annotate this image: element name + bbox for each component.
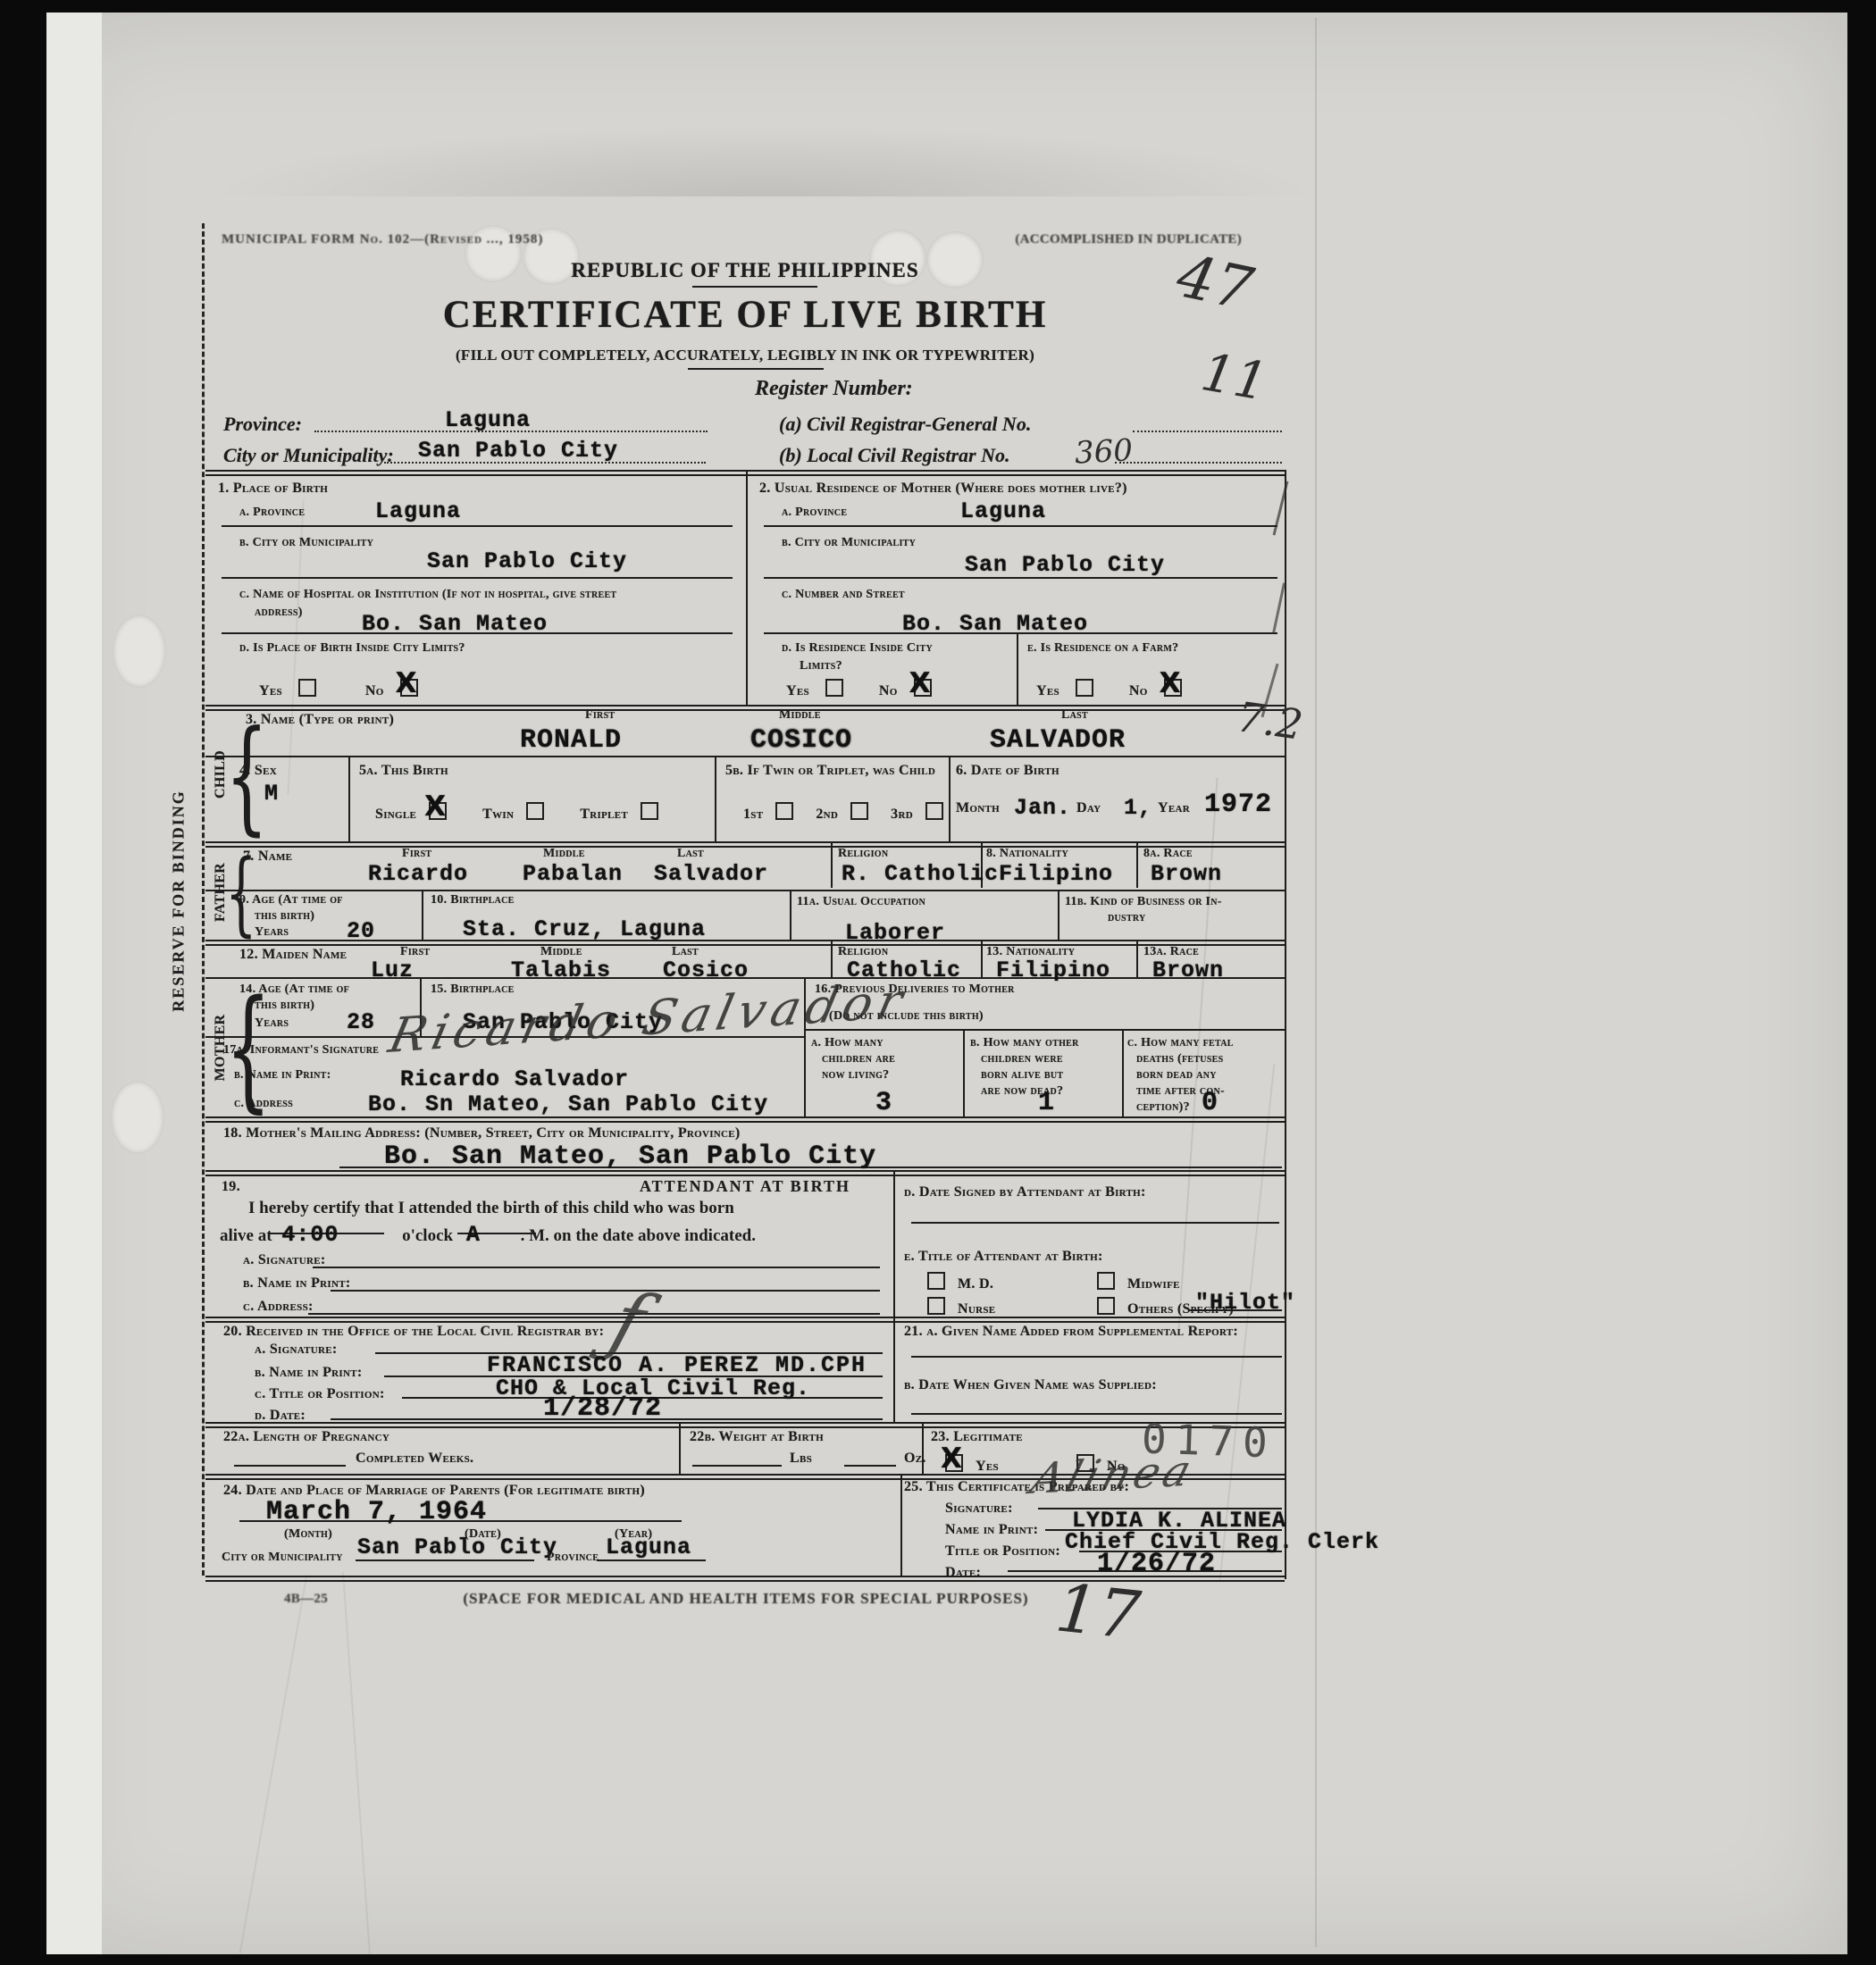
mother-age-label2: this birth) xyxy=(255,999,314,1013)
attendant-name-label: b. Name in Print: xyxy=(243,1275,351,1292)
informant-signature-label: 17a. Informant's Signature xyxy=(223,1043,379,1058)
rule xyxy=(205,470,1285,476)
weight-label: 22b. Weight at Birth xyxy=(690,1429,824,1445)
rule xyxy=(422,890,423,941)
father-business-label2: dustry xyxy=(1108,911,1146,925)
rule xyxy=(1115,460,1282,464)
prepared-signature-label: Signature: xyxy=(945,1501,1013,1517)
informant-name-value: Ricardo Salvador xyxy=(400,1066,629,1092)
rule xyxy=(205,756,1285,757)
rule xyxy=(790,890,791,941)
child-middle-name: COSICO xyxy=(750,725,852,756)
res-limits-label2: Limits? xyxy=(800,659,842,673)
checkbox-1st xyxy=(775,802,793,820)
yes-label: Yes xyxy=(1036,683,1059,698)
res-limits-answer: YesNoX xyxy=(786,679,932,699)
supplemental-date-label: b. Date When Given Name was Supplied: xyxy=(904,1377,1157,1393)
civil-registrar-general-label: (a) Civil Registrar-General No. xyxy=(779,413,1031,436)
rule xyxy=(348,757,350,843)
rule xyxy=(205,841,1285,848)
rule xyxy=(981,941,983,977)
province-value: Laguna xyxy=(445,407,531,433)
rule xyxy=(1058,890,1059,941)
years-label: Years xyxy=(255,1016,289,1031)
paper-seam xyxy=(1315,18,1317,1947)
last-label: Last xyxy=(677,847,704,861)
certify-tail: . M. on the date above indicated. xyxy=(521,1226,756,1245)
footer-note: (SPACE FOR MEDICAL AND HEALTH ITEMS FOR … xyxy=(375,1590,1117,1608)
dob-year-value: 1972 xyxy=(1204,790,1272,820)
prepared-signature-script: Alinea xyxy=(1026,1446,1200,1504)
twin-order-options: 1st2nd3rd xyxy=(743,802,943,823)
rule xyxy=(715,757,716,843)
rule xyxy=(205,705,1285,711)
single-label: Single xyxy=(375,807,416,822)
checkbox-2nd xyxy=(850,802,868,820)
dob-label: 6. Date of Birth xyxy=(956,763,1059,779)
rule xyxy=(831,843,833,888)
marriage-city-value: San Pablo City xyxy=(357,1534,557,1560)
rule xyxy=(1285,470,1286,1579)
rule xyxy=(234,1465,346,1467)
third-order-label: 3rd xyxy=(891,807,913,822)
dead-label-3: born alive but xyxy=(981,1068,1063,1083)
birth-time-value: 4:00 xyxy=(281,1222,339,1248)
legitimate-yes-option: XYes xyxy=(945,1454,999,1475)
rule xyxy=(692,1465,782,1467)
pregnancy-label: 22a. Length of Pregnancy xyxy=(223,1429,389,1445)
mother-age-value: 28 xyxy=(347,1009,375,1035)
rule xyxy=(1136,941,1138,977)
fetal-label-5: ception)? xyxy=(1136,1100,1190,1115)
yes-label: Yes xyxy=(976,1459,999,1474)
mailing-address-label: 18. Mother's Mailing Address: (Number, S… xyxy=(223,1125,741,1141)
no-label: No xyxy=(365,683,384,698)
rule xyxy=(205,1317,1285,1323)
rule xyxy=(900,1476,902,1577)
pob-city-label: b. City or Municipality xyxy=(239,536,373,550)
middle-label: Middle xyxy=(779,708,821,723)
no-label: No xyxy=(879,683,898,698)
father-religion-label: Religion xyxy=(838,847,888,861)
dob-month-label: Month xyxy=(956,800,1000,816)
attendant-midwife-option: Midwife xyxy=(1097,1272,1180,1292)
x-mark: X xyxy=(424,790,446,823)
dead-label-2: children were xyxy=(981,1052,1063,1066)
city-municipality-value: San Pablo City xyxy=(418,438,618,464)
rule xyxy=(911,1356,1282,1358)
birth-ampm-value: A xyxy=(466,1222,481,1248)
province-label: Province: xyxy=(223,413,302,436)
x-mark: X xyxy=(909,667,931,699)
marriage-province-value: Laguna xyxy=(606,1534,691,1560)
x-mark: X xyxy=(396,667,417,699)
checkbox-no-checked: X xyxy=(914,679,932,697)
rule xyxy=(746,472,748,707)
rule xyxy=(1136,843,1138,888)
prepared-title-label: Title or Position: xyxy=(945,1543,1060,1559)
res-limits-label: d. Is Residence Inside City xyxy=(782,641,933,656)
checkbox-yes xyxy=(1076,679,1093,697)
pob-limits-answer: YesNoX xyxy=(259,679,418,699)
rule xyxy=(1122,1029,1124,1118)
checkbox-yes xyxy=(825,679,843,697)
md-label: M. D. xyxy=(958,1276,993,1292)
dead-value: 1 xyxy=(1038,1088,1055,1118)
pob-city-value: San Pablo City xyxy=(427,548,627,574)
father-birthplace-label: 10. Birthplace xyxy=(431,893,515,907)
dob-day-label: Day xyxy=(1076,800,1101,816)
lbs-label: Lbs xyxy=(790,1451,812,1467)
prepared-date-label: Date: xyxy=(945,1565,981,1581)
father-nationality-label: 8. Nationality xyxy=(986,847,1068,861)
republic-heading: REPUBLIC OF THE PHILIPPINES xyxy=(205,259,1285,282)
res-farm-label: e. Is Residence on a Farm? xyxy=(1027,641,1178,656)
yes-label: Yes xyxy=(259,683,282,698)
certify-line-2: alive at 4:00 o'clock A . M. on the date… xyxy=(220,1222,756,1248)
rule xyxy=(313,1267,880,1268)
checkbox-twin xyxy=(526,802,544,820)
footer-code: 4B—25 xyxy=(284,1592,328,1607)
rule xyxy=(844,1465,896,1467)
rule xyxy=(308,1313,880,1315)
attendant-address-label: c. Address: xyxy=(243,1299,314,1315)
res-street-label: c. Number and Street xyxy=(782,588,905,602)
father-first-name: Ricardo xyxy=(368,861,468,887)
marriage-province-label: Province xyxy=(547,1551,599,1565)
rule xyxy=(911,1413,1282,1415)
fetal-value: 0 xyxy=(1202,1088,1219,1118)
middle-label: Middle xyxy=(543,847,585,861)
pob-hospital-value: Bo. San Mateo xyxy=(362,611,548,637)
this-birth-options: SingleXTwinTriplet xyxy=(375,802,658,823)
checkbox-triplet xyxy=(641,802,658,820)
attendant-md-option: M. D. xyxy=(927,1272,993,1292)
fold-shadow xyxy=(205,125,1322,196)
second-order-label: 2nd xyxy=(816,807,838,822)
marriage-city-label: City or Municipality xyxy=(222,1551,343,1565)
res-farm-answer: YesNoX xyxy=(1036,679,1182,699)
father-business-label: 11b. Kind of Business or In- xyxy=(1065,895,1222,909)
prepared-name-label: Name in Print: xyxy=(945,1522,1038,1538)
rule xyxy=(949,757,951,843)
page-title: CERTIFICATE OF LIVE BIRTH xyxy=(205,293,1285,337)
local-civil-registrar-label: (b) Local Civil Registrar No. xyxy=(779,444,1009,467)
rule xyxy=(202,223,207,1576)
checkbox-md xyxy=(927,1272,945,1290)
res-province-value: Laguna xyxy=(960,498,1046,524)
child-name-label: 3. Name (Type or print) xyxy=(246,712,394,728)
mother-race-value: Brown xyxy=(1152,957,1224,983)
fill-out-instruction: (FILL OUT COMPLETELY, ACCURATELY, LEGIBL… xyxy=(205,347,1285,364)
father-age-value: 20 xyxy=(347,918,375,944)
father-occupation-label: 11a. Usual Occupation xyxy=(797,895,925,909)
mother-first-name: Luz xyxy=(371,957,414,983)
father-occupation-value: Laborer xyxy=(845,920,945,946)
living-label-1: a. How many xyxy=(811,1036,884,1050)
father-name-label: 7. Name xyxy=(243,849,292,865)
checkbox-nurse xyxy=(927,1297,945,1315)
certify-line-1: I hereby certify that I attended the bir… xyxy=(248,1199,734,1218)
rule xyxy=(911,1222,1279,1224)
first-label: First xyxy=(585,708,615,723)
month-sublabel: (Month) xyxy=(284,1527,332,1542)
rule xyxy=(1133,429,1282,432)
local-registrar-number-handwritten: 360 xyxy=(1074,432,1134,471)
form-number: MUNICIPAL FORM No. 102—(Revised ..., 195… xyxy=(222,232,543,247)
rule xyxy=(688,368,824,370)
received-name-value: FRANCISCO A. PEREZ MD.CPH xyxy=(487,1352,867,1378)
no-label: No xyxy=(1129,683,1148,698)
rule xyxy=(764,525,1277,527)
rule xyxy=(331,1290,880,1292)
received-title-label: c. Title or Position: xyxy=(255,1386,385,1402)
mother-age-label: 14. Age (At time of xyxy=(239,982,349,997)
checkbox-single-checked: X xyxy=(429,802,447,820)
rule xyxy=(963,1029,965,1118)
checkbox-legitimate-yes-checked: X xyxy=(945,1454,963,1472)
rule xyxy=(692,286,817,288)
x-mark: X xyxy=(941,1442,962,1475)
child-first-name: RONALD xyxy=(520,725,622,756)
triplet-label: Triplet xyxy=(580,807,628,822)
paper-left-strip xyxy=(46,13,102,1954)
fetal-label-3: born dead any xyxy=(1136,1068,1217,1083)
checkbox-others xyxy=(1097,1297,1115,1315)
x-mark: X xyxy=(1160,667,1181,699)
attendant-others-value: "Hilot" xyxy=(1195,1290,1295,1316)
father-birthplace-value: Sta. Cruz, Laguna xyxy=(463,916,706,942)
informant-address-value: Bo. Sn Mateo, San Pablo City xyxy=(368,1091,768,1117)
first-label: First xyxy=(402,847,431,861)
living-value: 3 xyxy=(875,1088,892,1118)
supplemental-given-label: 21. a. Given Name Added from Supplementa… xyxy=(904,1324,1238,1340)
midwife-label: Midwife xyxy=(1127,1276,1180,1292)
rule xyxy=(222,577,733,579)
pob-hospital-label2: address) xyxy=(255,606,303,620)
attendant-nurse-option: Nurse xyxy=(927,1297,995,1317)
pob-province-label: a. Province xyxy=(239,506,305,520)
father-age-label2: this birth) xyxy=(255,909,314,924)
mother-last-name: Cosico xyxy=(663,957,749,983)
father-middle-name: Pabalan xyxy=(523,861,623,887)
marriage-date-value: March 7, 1964 xyxy=(266,1497,487,1527)
twin-label: Twin xyxy=(482,807,514,822)
mother-maiden-label: 12. Maiden Name xyxy=(239,947,347,963)
informant-address-label: c. Address xyxy=(234,1097,293,1111)
fetal-label-1: c. How many fetal xyxy=(1127,1036,1234,1050)
dob-month-value: Jan. xyxy=(1014,795,1071,821)
checkbox-3rd xyxy=(925,802,943,820)
res-street-value: Bo. San Mateo xyxy=(902,611,1088,637)
fetal-label-2: deaths (fetuses xyxy=(1136,1052,1224,1066)
pob-hospital-label: c. Name of Hospital or Institution (If n… xyxy=(239,588,616,602)
residence-title: 2. Usual Residence of Mother (Where does… xyxy=(759,481,1127,497)
certify-alive-at: alive at xyxy=(220,1226,272,1245)
father-nationality-value: Filipino xyxy=(999,861,1113,887)
pob-province-value: Laguna xyxy=(375,498,461,524)
rule xyxy=(831,941,833,977)
received-name-label: b. Name in Print: xyxy=(255,1365,363,1381)
register-number-label: Register Number: xyxy=(755,377,913,401)
nurse-label: Nurse xyxy=(958,1301,995,1317)
res-city-label: b. City or Municipality xyxy=(782,536,916,550)
dob-year-label: Year xyxy=(1158,800,1190,816)
rule xyxy=(205,1422,1285,1428)
checkbox-no-checked: X xyxy=(1164,679,1182,697)
father-age-label: 9. Age (At time of xyxy=(239,893,343,907)
rule xyxy=(205,890,1285,891)
sex-label: 4. Sex xyxy=(239,763,277,779)
rule xyxy=(1017,634,1018,707)
checkbox-no-checked: X xyxy=(400,679,418,697)
rule xyxy=(893,1318,895,1424)
rule xyxy=(922,1424,924,1476)
rule xyxy=(679,1424,681,1476)
attendant-date-label: d. Date Signed by Attendant at Birth: xyxy=(904,1184,1146,1200)
twin-triplet-label: 5b. If Twin or Triplet, was Child xyxy=(725,763,935,779)
completed-weeks-label: Completed Weeks. xyxy=(356,1451,473,1467)
place-of-birth-title: 1. Place of Birth xyxy=(218,481,328,497)
pob-limits-label: d. Is Place of Birth Inside City Limits? xyxy=(239,641,465,656)
father-last-name: Salvador xyxy=(654,861,768,887)
received-label: 20. Received in the Office of the Local … xyxy=(223,1324,604,1340)
informant-name-label: b. Name in Print: xyxy=(234,1068,331,1083)
dead-label-1: b. How many other xyxy=(970,1036,1079,1050)
received-date-label: d. Date: xyxy=(255,1408,306,1424)
oz-label: Oz. xyxy=(904,1451,926,1467)
father-race-label: 8a. Race xyxy=(1143,847,1193,861)
checkbox-midwife xyxy=(1097,1272,1115,1290)
handwritten-17: 17 xyxy=(1052,1569,1144,1654)
mother-birthplace-label: 15. Birthplace xyxy=(431,982,515,997)
attendant-title-label: e. Title of Attendant at Birth: xyxy=(904,1249,1103,1265)
rule xyxy=(222,525,733,527)
received-signature-label: a. Signature: xyxy=(255,1342,338,1358)
yes-label: Yes xyxy=(786,683,809,698)
last-label: Last xyxy=(1061,708,1088,723)
this-birth-label: 5a. This Birth xyxy=(359,763,448,779)
sex-value: M xyxy=(264,781,279,807)
certify-oclock: o'clock xyxy=(402,1226,453,1245)
checkbox-yes xyxy=(298,679,316,697)
living-label-3: now living? xyxy=(822,1068,889,1083)
years-label: Years xyxy=(255,925,289,940)
child-last-name: SALVADOR xyxy=(990,725,1126,756)
binder-hole xyxy=(111,1081,164,1154)
mother-middle-name: Talabis xyxy=(511,957,611,983)
city-municipality-label: City or Municipality: xyxy=(223,444,394,467)
reserve-for-binding-label: RESERVE FOR BINDING xyxy=(170,767,188,1035)
mother-nationality-value: Filipino xyxy=(996,957,1110,983)
mailing-address-value: Bo. San Mateo, San Pablo City xyxy=(384,1141,876,1172)
binder-hole xyxy=(113,615,166,688)
living-label-2: children are xyxy=(822,1052,895,1066)
res-city-value: San Pablo City xyxy=(965,552,1165,578)
res-province-label: a. Province xyxy=(782,506,847,520)
handwritten-11: 11 xyxy=(1197,341,1272,413)
father-race-value: Brown xyxy=(1151,861,1222,887)
received-date-value: 1/28/72 xyxy=(543,1393,662,1424)
first-order-label: 1st xyxy=(743,807,763,822)
handwritten-child-mark: 7.2 xyxy=(1235,692,1306,749)
dob-day-value: 1, xyxy=(1124,795,1152,821)
father-religion-value: R. Catholic xyxy=(842,861,999,887)
attendant-signature-label: a. Signature: xyxy=(243,1252,326,1268)
